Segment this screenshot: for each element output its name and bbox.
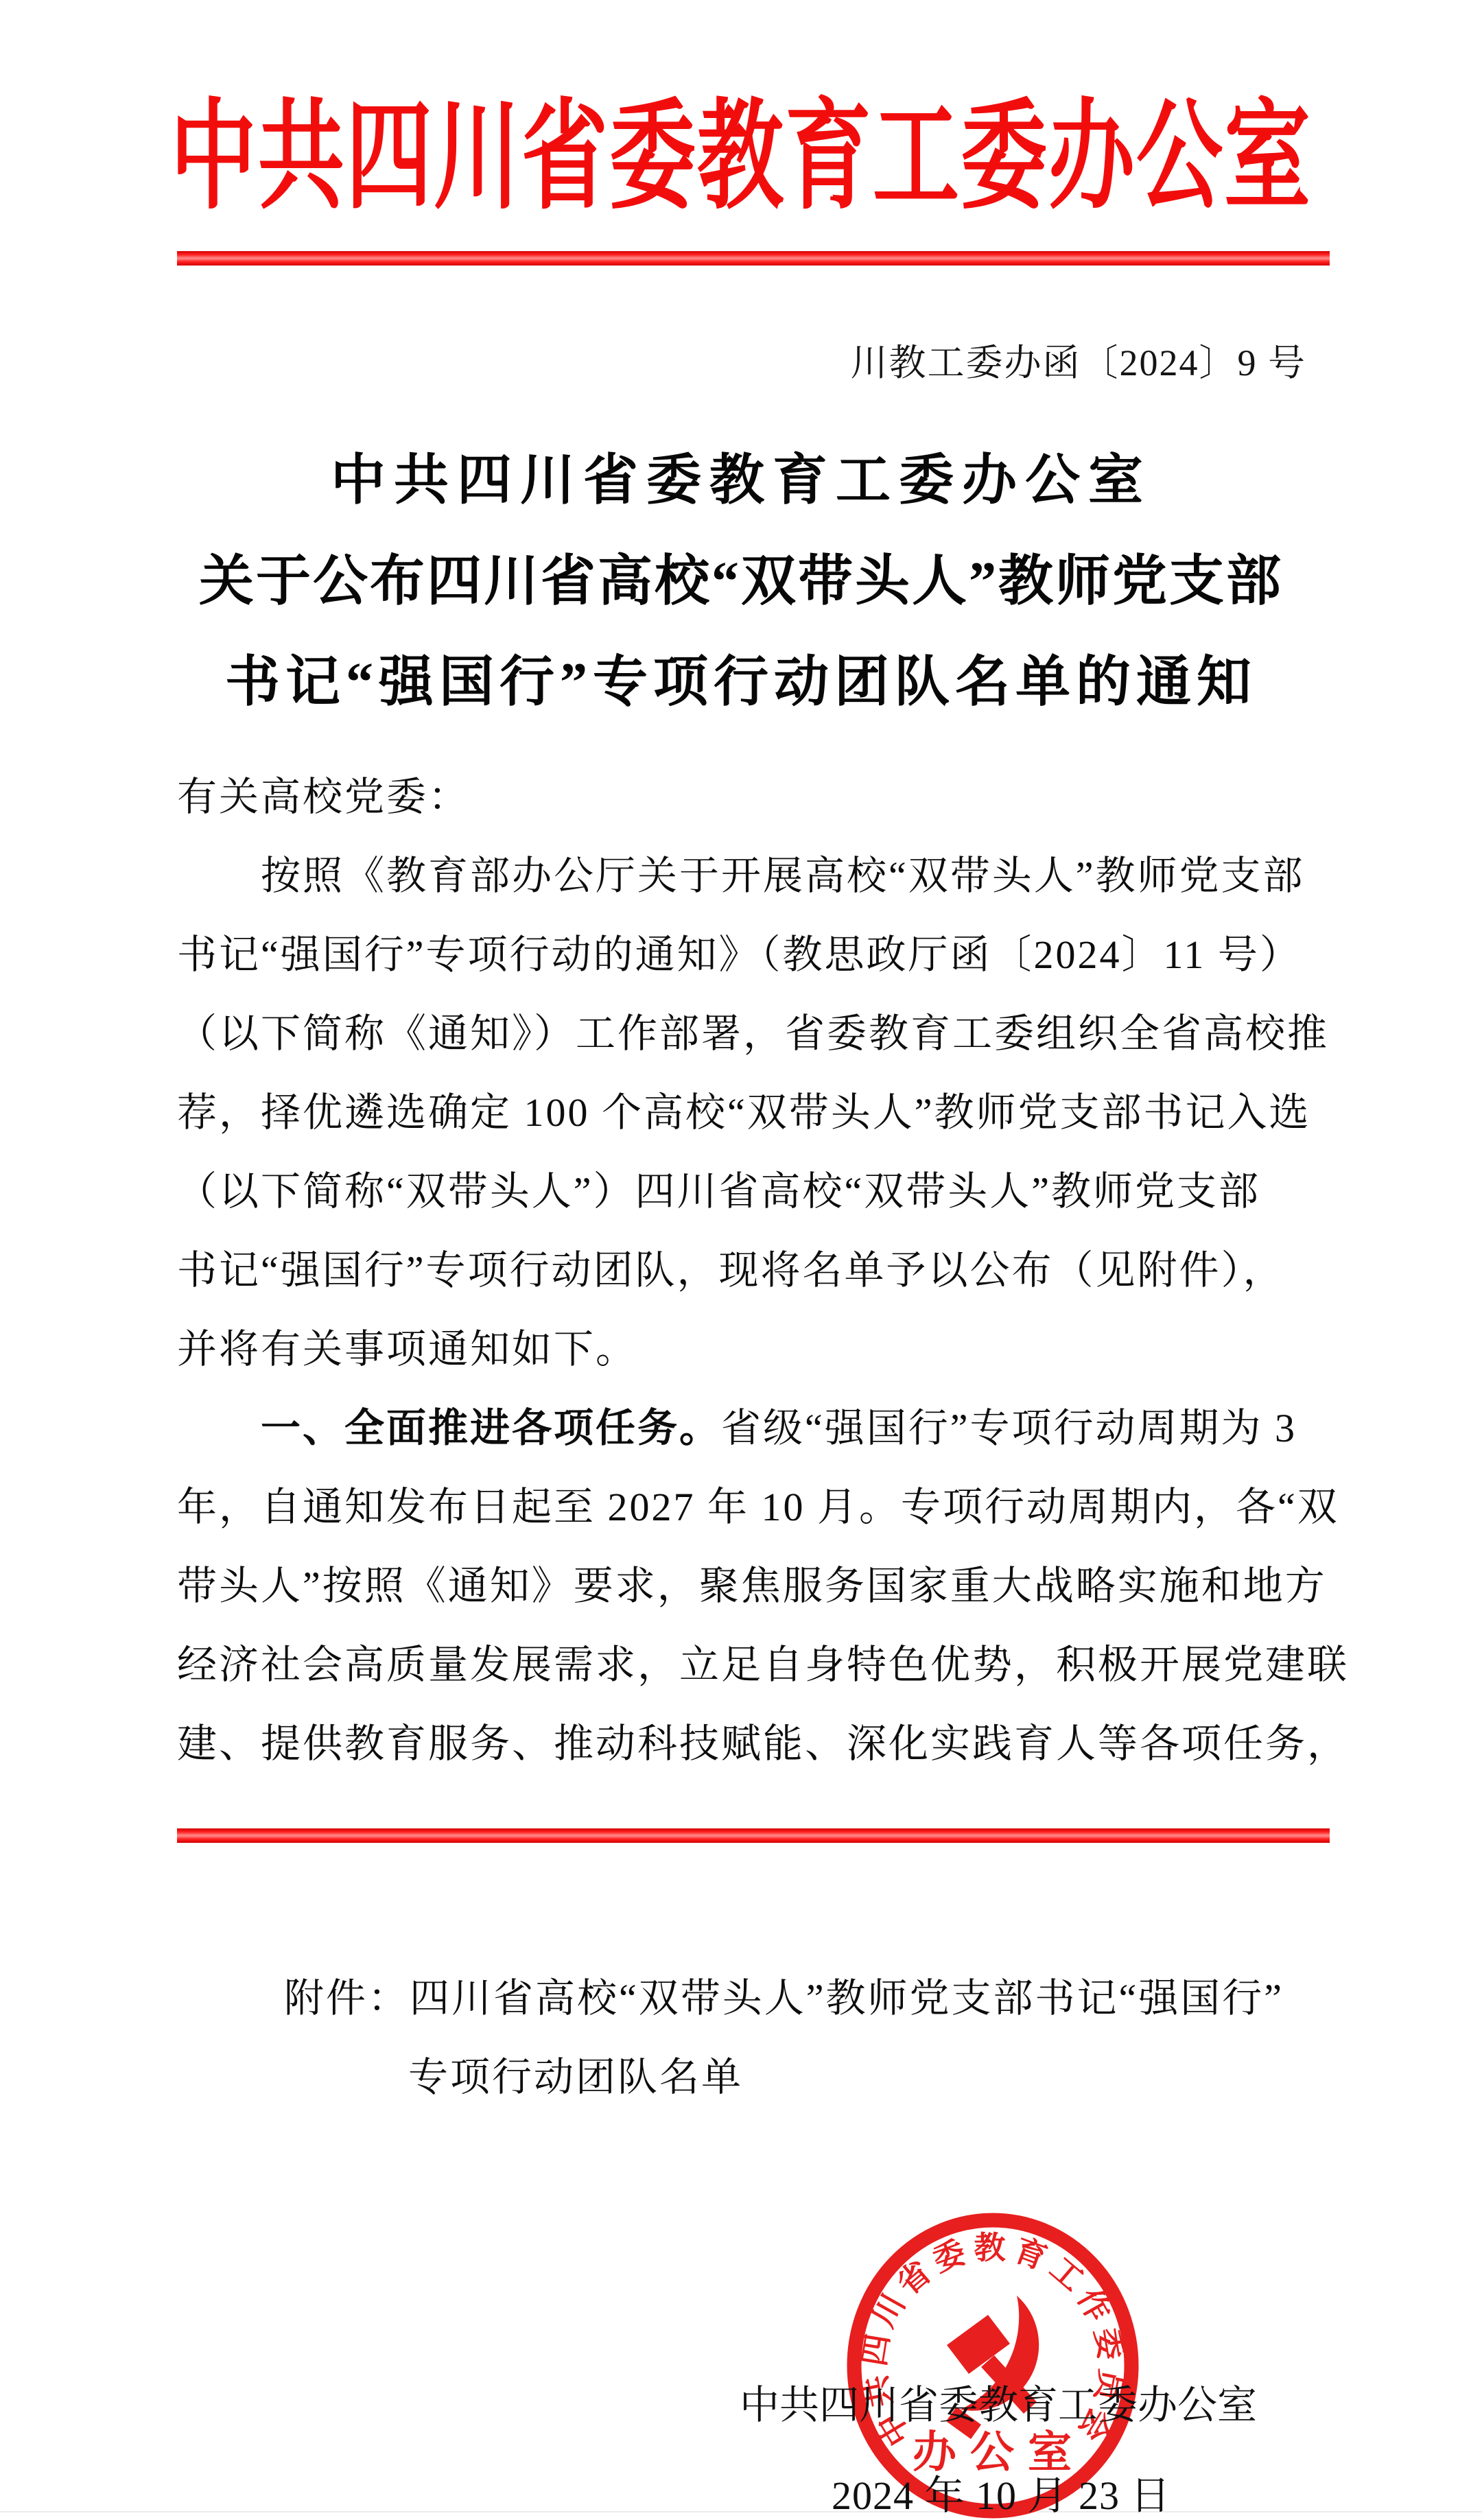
body-line: 书记“强国行”专项行动团队，现将名单予以公布（见附件）， (177, 1231, 1338, 1310)
document-title: 中共四川省委教育工委办公室 关于公布四川省高校“双带头人”教师党支部 书记“强国… (0, 431, 1482, 733)
red-separator-top (177, 251, 1330, 266)
body-line: 一、全面推进各项任务。省级“强国行”专项行动周期为 3 (177, 1389, 1338, 1468)
body-line: 书记“强国行”专项行动的通知》（教思政厅函〔2024〕11 号） (177, 915, 1338, 994)
attachment-line-2: 专项行动团队名单 (177, 2038, 1284, 2117)
letterhead-title: 中共四川省委教育工委办公室 (0, 96, 1482, 222)
body-line: 按照《教育部办公厅关于开展高校“双带头人”教师党支部 (177, 836, 1338, 915)
issuer-signature: 中共四川省委教育工委办公室 (740, 2372, 1257, 2430)
document-body: 有关高校党委： 按照《教育部办公厅关于开展高校“双带头人”教师党支部 书记“强国… (177, 757, 1338, 1783)
body-line: 带头人”按照《通知》要求，聚焦服务国家重大战略实施和地方 (177, 1546, 1338, 1625)
body-line: 年，自通知发布日起至 2027 年 10 月。专项行动周期内，各“双 (177, 1468, 1338, 1546)
page-bottom-border (0, 2511, 1482, 2512)
body-line-text: 省级“强国行”专项行动周期为 3 (721, 1406, 1297, 1450)
attachment-note: 附件：四川省高校“双带头人”教师党支部书记“强国行” 专项行动团队名单 (177, 1959, 1284, 2117)
body-line: （以下简称《通知》）工作部署，省委教育工委组织全省高校推 (177, 994, 1338, 1073)
body-line: 经济社会高质量发展需求，立足自身特色优势，积极开展党建联 (177, 1625, 1338, 1704)
document-title-line-3: 书记“强国行”专项行动团队名单的通知 (0, 633, 1482, 733)
issue-date: 2024 年 10 月 23 日 (832, 2463, 1171, 2520)
doc-number: 川教工委办函〔2024〕9 号 (851, 333, 1307, 386)
attachment-line-1: 附件：四川省高校“双带头人”教师党支部书记“强国行” (177, 1959, 1284, 2038)
body-line: 荐，择优遴选确定 100 个高校“双带头人”教师党支部书记入选 (177, 1073, 1338, 1152)
body-line: 建、提供教育服务、推动科技赋能、深化实践育人等各项任务， (177, 1704, 1338, 1783)
salutation: 有关高校党委： (177, 757, 1338, 836)
document-title-line-2: 关于公布四川省高校“双带头人”教师党支部 (0, 532, 1482, 633)
document-page: { "document": { "header_office": "中共四川省委… (0, 0, 1482, 2520)
red-separator-bottom (177, 1828, 1330, 1843)
body-line-bold-lead: 一、全面推进各项任务。 (261, 1406, 721, 1450)
body-line: （以下简称“双带头人”）四川省高校“双带头人”教师党支部 (177, 1152, 1338, 1231)
document-title-line-1: 中共四川省委教育工委办公室 (0, 431, 1482, 532)
body-line: 并将有关事项通知如下。 (177, 1310, 1338, 1389)
